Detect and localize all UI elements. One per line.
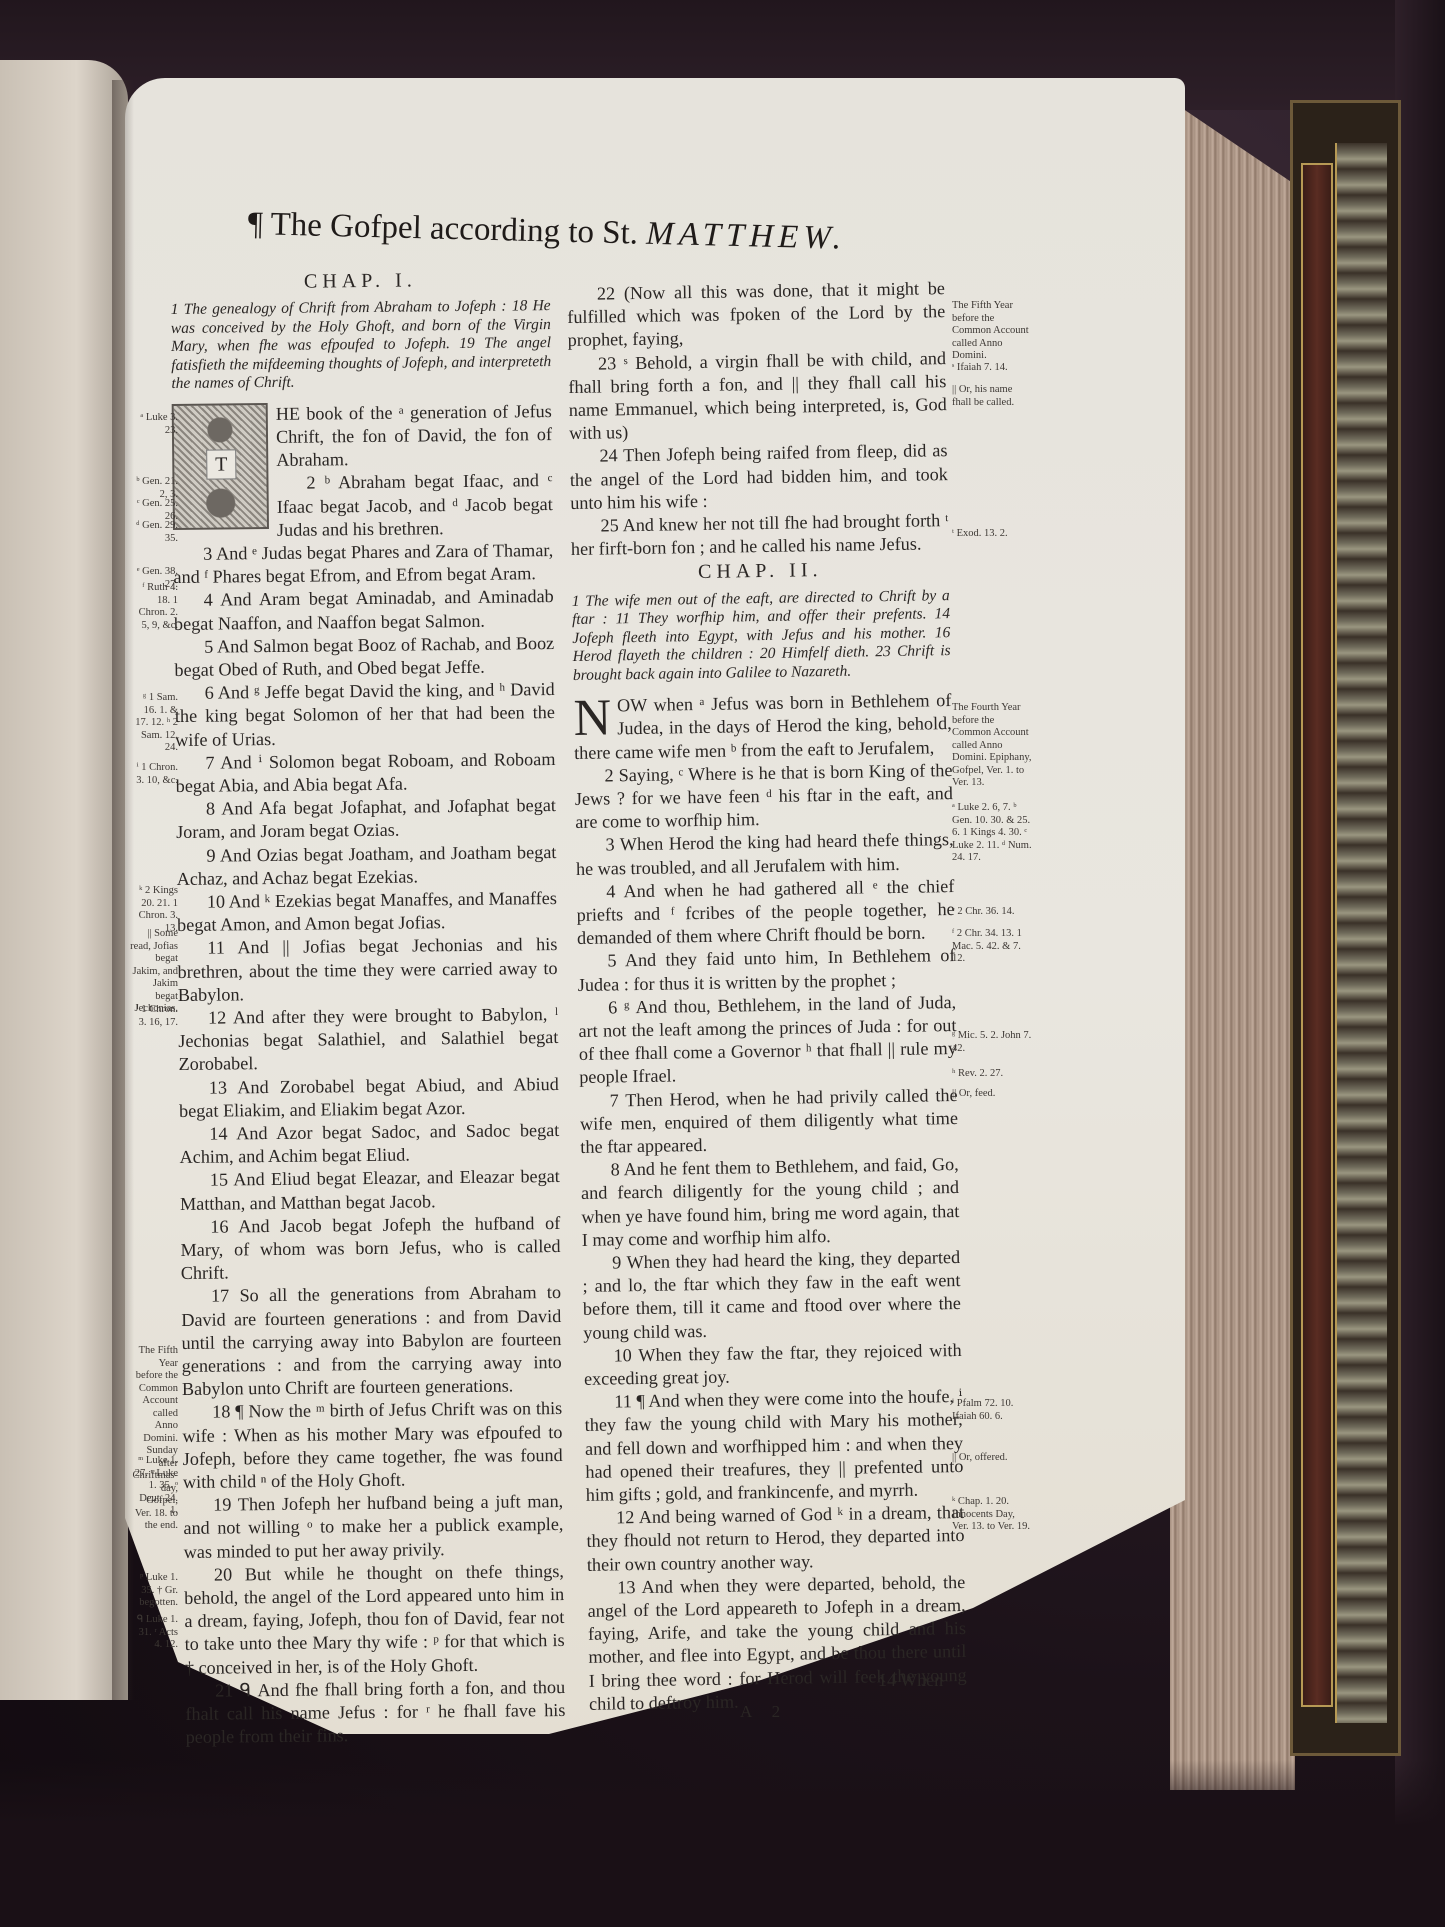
margin-note-right: || Or, his name fhall be called. xyxy=(952,384,1032,409)
margin-note-right: ⁱ Pfalm 72. 10. Ifaiah 60. 6. xyxy=(952,1398,1032,1423)
verse: 8 And Afa begat Jofaphat, and Jofaphat b… xyxy=(176,794,556,844)
margin-note-left: ᵃ Luke 3. 23. xyxy=(130,412,178,437)
verse: 7 And ⁱ Solomon begat Roboam, and Roboam… xyxy=(175,748,555,798)
verse: 10 When they faw the ftar, they rejoiced… xyxy=(583,1339,962,1391)
cover-panel xyxy=(1301,163,1333,1707)
chapter-1-summary: 1 The genealogy of Chrift from Abraham t… xyxy=(171,297,552,393)
verse: 19 Then Jofeph her hufband being a juft … xyxy=(183,1490,564,1564)
margin-note-left: ᵖ Luke 1. 35. † Gr. begotten. xyxy=(130,1572,178,1610)
chapter-1-heading: CHAP. I. xyxy=(170,268,550,295)
signature-mark: A 2 xyxy=(740,1702,788,1722)
verse: 24 Then Jofeph being raifed from fleep, … xyxy=(569,440,948,516)
verse: 12 And being warned of God ᵏ in a dream,… xyxy=(586,1501,965,1577)
verse: OW when ᵃ Jefus was born in Bethlehem of… xyxy=(573,689,952,765)
margin-note-right: The Fourth Year before the Common Accoun… xyxy=(952,702,1032,790)
margin-note-left: || Some read, Jofias begat Jakim, and Ja… xyxy=(130,928,178,1016)
verse: 7 Then Herod, when he had privily called… xyxy=(579,1084,958,1160)
verse: 4 And when he had gathered all ᵉ the chi… xyxy=(576,875,955,951)
margin-note-right: || Or, offered. xyxy=(952,1452,1032,1465)
left-column: CHAP. I. 1 The genealogy of Chrift from … xyxy=(170,266,565,1749)
chapter-2-heading: CHAP. II. xyxy=(571,558,949,587)
margin-note-left: ᑫ Luke 1. 31. ʳ Acts 4. 12. xyxy=(130,1614,178,1652)
margin-note-left: ˡ 1 Chron. 3. 16, 17. xyxy=(130,1004,178,1029)
margin-note-right: || Or, feed. xyxy=(952,1088,1032,1101)
margin-note-left: ᶠ Ruth 4. 18. 1 Chron. 2. 5, 9, &c. xyxy=(130,582,178,632)
chapter-2-summary: 1 The wife men out of the eaft, are dire… xyxy=(572,587,951,685)
verse: 9 When they had heard the king, they dep… xyxy=(582,1246,961,1345)
verse: 4 And Aram begat Aminadab, and Aminadab … xyxy=(174,585,554,635)
margin-note-right: ᵏ Chap. 1. 20. Innocents Day, Ver. 13. t… xyxy=(952,1496,1032,1534)
margin-note-left: ᵐ Luke 1. 27. ⁿ Luke 1. 35. ᵒ Deut. 24. … xyxy=(130,1455,178,1518)
verse: 3 When Herod the king had heard thefe th… xyxy=(575,828,954,880)
velvet-background-right xyxy=(1395,0,1445,1927)
margin-note-left: ⁱ 1 Chron. 3. 10, &c. xyxy=(130,762,178,787)
verse: 5 And they faid unto him, In Bethlehem o… xyxy=(577,944,956,996)
verse: 25 And knew her not till fhe had brought… xyxy=(570,509,949,561)
verse: 6 And ᵍ Jeffe begat David the king, and … xyxy=(175,678,556,752)
verse: 20 But while he thought on thefe things,… xyxy=(184,1560,565,1680)
verse: 5 And Salmon begat Booz of Rachab, and B… xyxy=(174,632,554,682)
ornamental-initial: T xyxy=(172,403,269,530)
cover-gilt-border xyxy=(1335,143,1387,1723)
verse: 2 Saying, ᶜ Where is he that is born Kin… xyxy=(574,759,953,835)
verse: 12 And after they were brought to Babylo… xyxy=(178,1003,559,1077)
verse: 15 And Eliud begat Eleazar, and Eleazar … xyxy=(180,1165,560,1215)
margin-note-left: ᵈ Gen. 29. 35. xyxy=(130,520,178,545)
margin-note-right: ᵃ Luke 2. 6, 7. ᵇ Gen. 10. 30. & 25. 6. … xyxy=(952,802,1032,865)
margin-note-left: ᵍ 1 Sam. 16. 1. & 17. 12. ʰ 2 Sam. 12. 2… xyxy=(130,692,178,755)
margin-note-right: ᵍ Mic. 5. 2. John 7. 42. xyxy=(952,1030,1032,1055)
verse: 8 And he fent them to Bethlehem, and fai… xyxy=(581,1153,960,1252)
title-text: The Gofpel according to St. xyxy=(270,207,638,252)
verse: 9 And Ozias begat Joatham, and Joatham b… xyxy=(176,841,556,891)
verse: 6 ᵍ And thou, Bethlehem, in the land of … xyxy=(578,991,957,1090)
right-column: 22 (Now all this was done, that it might… xyxy=(567,277,967,1716)
facing-page-edge xyxy=(0,60,128,1700)
margin-note-right: The Fifth Year before the Common Account… xyxy=(952,300,1032,363)
verse: 18 ¶ Now the ᵐ birth of Jefus Chrift was… xyxy=(182,1397,563,1494)
verse: 3 And ᵉ Judas begat Phares and Zara of T… xyxy=(173,539,553,589)
verse: 13 And Zorobabel begat Abiud, and Abiud … xyxy=(179,1073,559,1123)
verse: 10 And ᵏ Ezekias begat Manaffes, and Man… xyxy=(177,887,557,937)
drop-cap-letter: N xyxy=(573,697,611,742)
verse: 11 And || Jofias begat Jechonias and his… xyxy=(177,933,558,1007)
page-fore-edge xyxy=(1170,100,1295,1790)
verse: 16 And Jacob begat Jofeph the hufband of… xyxy=(180,1212,561,1286)
verse: 21 ᑫ And fhe fhall bring forth a fon, an… xyxy=(185,1676,566,1750)
verse: 17 So all the generations from Abraham t… xyxy=(181,1281,562,1401)
verse: 22 (Now all this was done, that it might… xyxy=(567,277,946,353)
pilcrow: ¶ xyxy=(248,206,264,242)
margin-note-right: ˢ Ifaiah 7. 14. xyxy=(952,362,1032,375)
title-book-name: MATTHEW. xyxy=(646,216,847,257)
ornamental-initial-letter: T xyxy=(206,449,236,479)
catchword: 14 When xyxy=(878,1670,943,1691)
margin-note-right: ᵗ Exod. 13. 2. xyxy=(952,528,1032,541)
margin-note-right: ʰ Rev. 2. 27. xyxy=(952,1068,1032,1081)
verse: 11 ¶ And when they were come into the ho… xyxy=(584,1385,964,1507)
verse: 14 And Azor begat Sadoc, and Sadoc begat… xyxy=(179,1119,559,1169)
margin-note-right: ᶠ 2 Chr. 34. 13. 1 Mac. 5. 42. & 7. 12. xyxy=(952,928,1032,966)
verse: 13 And when they were departed, behold, … xyxy=(587,1571,967,1716)
margin-note-right: ᵉ 2 Chr. 36. 14. xyxy=(952,906,1032,919)
velvet-background-bottom xyxy=(0,1760,1445,1927)
verse: 23 ˢ Behold, a virgin fhall be with chil… xyxy=(568,347,947,446)
leather-cover xyxy=(1290,100,1401,1756)
